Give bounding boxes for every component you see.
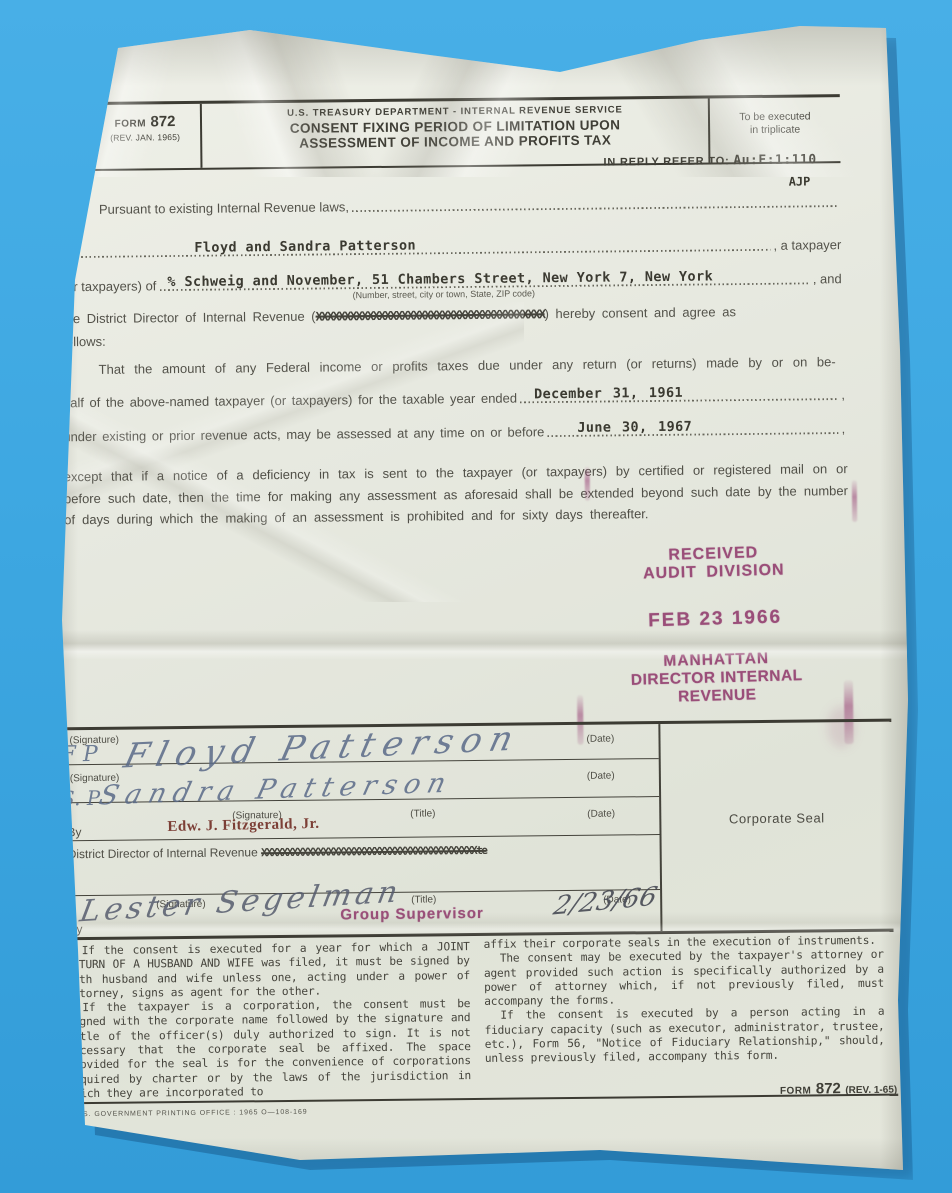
form-revision: (REV. JAN. 1965) bbox=[90, 132, 200, 143]
taxpayer-name-typed: Floyd and Sandra Patterson bbox=[194, 238, 416, 256]
instruction-paragraph: The consent may be executed by the taxpa… bbox=[484, 948, 885, 1009]
taxpayer-suffix: , a taxpayer bbox=[773, 237, 841, 255]
instruction-paragraph: If the consent is executed by a person a… bbox=[484, 1005, 885, 1066]
supervisor-title-stamp: Group Supervisor bbox=[340, 905, 484, 924]
instructions-left-column: If the consent is executed for a year fo… bbox=[66, 940, 472, 1101]
assess-date-line: under existing or prior revenue acts, ma… bbox=[63, 404, 845, 446]
ink-mark bbox=[585, 467, 590, 501]
sheet-content: FORM 872 (REV. JAN. 1965) U.S. TREASURY … bbox=[46, 17, 916, 1176]
received-stamp: RECEIVED AUDIT DIVISION FEB 23 1966 MANH… bbox=[588, 542, 842, 709]
address-suffix: , and bbox=[813, 271, 842, 288]
year-ended-typed: December 31, 1961 bbox=[534, 385, 683, 403]
pursuant-text: Pursuant to existing Internal Revenue la… bbox=[99, 199, 349, 219]
leader-dots: June 30, 1967 bbox=[547, 431, 838, 437]
form-reference: FORM 872 (REV. 1-65) bbox=[697, 1080, 897, 1100]
instruction-paragraph: If the taxpayer is a corporation, the co… bbox=[66, 997, 471, 1101]
leader-dots bbox=[352, 204, 838, 212]
form-ref-number: 872 bbox=[816, 1080, 841, 1097]
signature-table: Corporate Seal (Signature) (Date) F P Fl… bbox=[66, 719, 893, 941]
signature-floyd: Floyd Patterson bbox=[120, 719, 525, 777]
leader-dots: December 31, 1961 bbox=[520, 397, 838, 403]
photo-background: FORM 872 (REV. JAN. 1965) U.S. TREASURY … bbox=[0, 0, 952, 1193]
title-label: (Title) bbox=[410, 808, 435, 819]
officer-name-stamp: Edw. J. Fitzgerald, Jr. bbox=[167, 816, 320, 836]
follows-text: follows: bbox=[62, 334, 106, 349]
date-label: (Date) bbox=[587, 809, 615, 820]
comma: , bbox=[841, 387, 845, 404]
comma: , bbox=[842, 421, 846, 438]
form-number: 872 bbox=[150, 113, 175, 130]
district-director-text: District Director of Internal Revenue bbox=[68, 845, 258, 861]
reply-initials: AJP bbox=[789, 174, 811, 188]
row-line bbox=[68, 834, 660, 841]
date-label: (Date) bbox=[587, 771, 615, 782]
form-label: FORM bbox=[115, 118, 147, 129]
paper-document: FORM 872 (REV. JAN. 1965) U.S. TREASURY … bbox=[52, 22, 910, 1172]
district-director-line: District Director of Internal Revenue XX… bbox=[68, 843, 487, 861]
instructions-right-column: affix their corporate seals in the execu… bbox=[484, 934, 885, 1067]
form-ref-label: FORM bbox=[780, 1085, 812, 1096]
initials-sp: S. P bbox=[61, 786, 100, 810]
initials-fp: F P bbox=[60, 742, 97, 767]
title-label: (Title) bbox=[411, 894, 436, 905]
name-line: Floyd and Sandra Patterson , a taxpayer bbox=[61, 224, 841, 262]
district-text-post: ) hereby consent and agree as bbox=[544, 304, 735, 321]
stamp-date: FEB 23 1966 bbox=[590, 605, 841, 634]
form-number-cell: FORM 872 (REV. JAN. 1965) bbox=[90, 104, 203, 169]
reply-code: Au:F:1:110 bbox=[733, 152, 816, 168]
district-struck-text: XXXXXXXXXXXXXXXXXXXXXXXXXXXXXXXXXXXXXXXX bbox=[316, 307, 545, 323]
ink-mark bbox=[852, 480, 857, 522]
address-caption: (Number, street, city or town, State, ZI… bbox=[279, 288, 609, 301]
date-label: (Date) bbox=[586, 734, 614, 745]
corporate-seal-box: Corporate Seal bbox=[658, 722, 893, 931]
by-label: By bbox=[67, 825, 81, 839]
assess-date-typed: June 30, 1967 bbox=[577, 419, 692, 436]
reply-label: IN REPLY REFER TO: bbox=[603, 155, 729, 168]
stamp-office: DIRECTOR INTERNAL REVENUE bbox=[592, 666, 843, 709]
except-paragraph: except that if a notice of a deficiency … bbox=[64, 458, 849, 531]
instruction-paragraph: If the consent is executed for a year fo… bbox=[66, 940, 471, 1001]
triplicate-line2: in triplicate bbox=[710, 123, 840, 137]
pursuant-line: Pursuant to existing Internal Revenue la… bbox=[61, 194, 841, 219]
form-ref-revision: (REV. 1-65) bbox=[845, 1085, 897, 1097]
address-label: (or taxpayers) of bbox=[62, 278, 157, 296]
assess-date-text: under existing or prior revenue acts, ma… bbox=[63, 424, 544, 446]
address-typed: % Schweig and November, 51 Chambers Stre… bbox=[167, 268, 713, 290]
leader-dots: Floyd and Sandra Patterson bbox=[64, 248, 770, 258]
district-line: the District Director of Internal Revenu… bbox=[62, 303, 846, 326]
supervisor-date-handwritten: 2/23/66 bbox=[551, 882, 660, 922]
district-text-pre: the District Director of Internal Revenu… bbox=[62, 309, 316, 327]
gpo-line: U. S. GOVERNMENT PRINTING OFFICE : 1965 … bbox=[71, 1109, 307, 1118]
corporate-seal-label: Corporate Seal bbox=[661, 810, 892, 827]
reply-line: IN REPLY REFER TO: Au:F:1:110 bbox=[603, 152, 816, 169]
district-director-struck: XXXXXXXXXXXXXXXXXXXXXXXXXXXXXXXXXXXXXXXX… bbox=[261, 844, 487, 859]
